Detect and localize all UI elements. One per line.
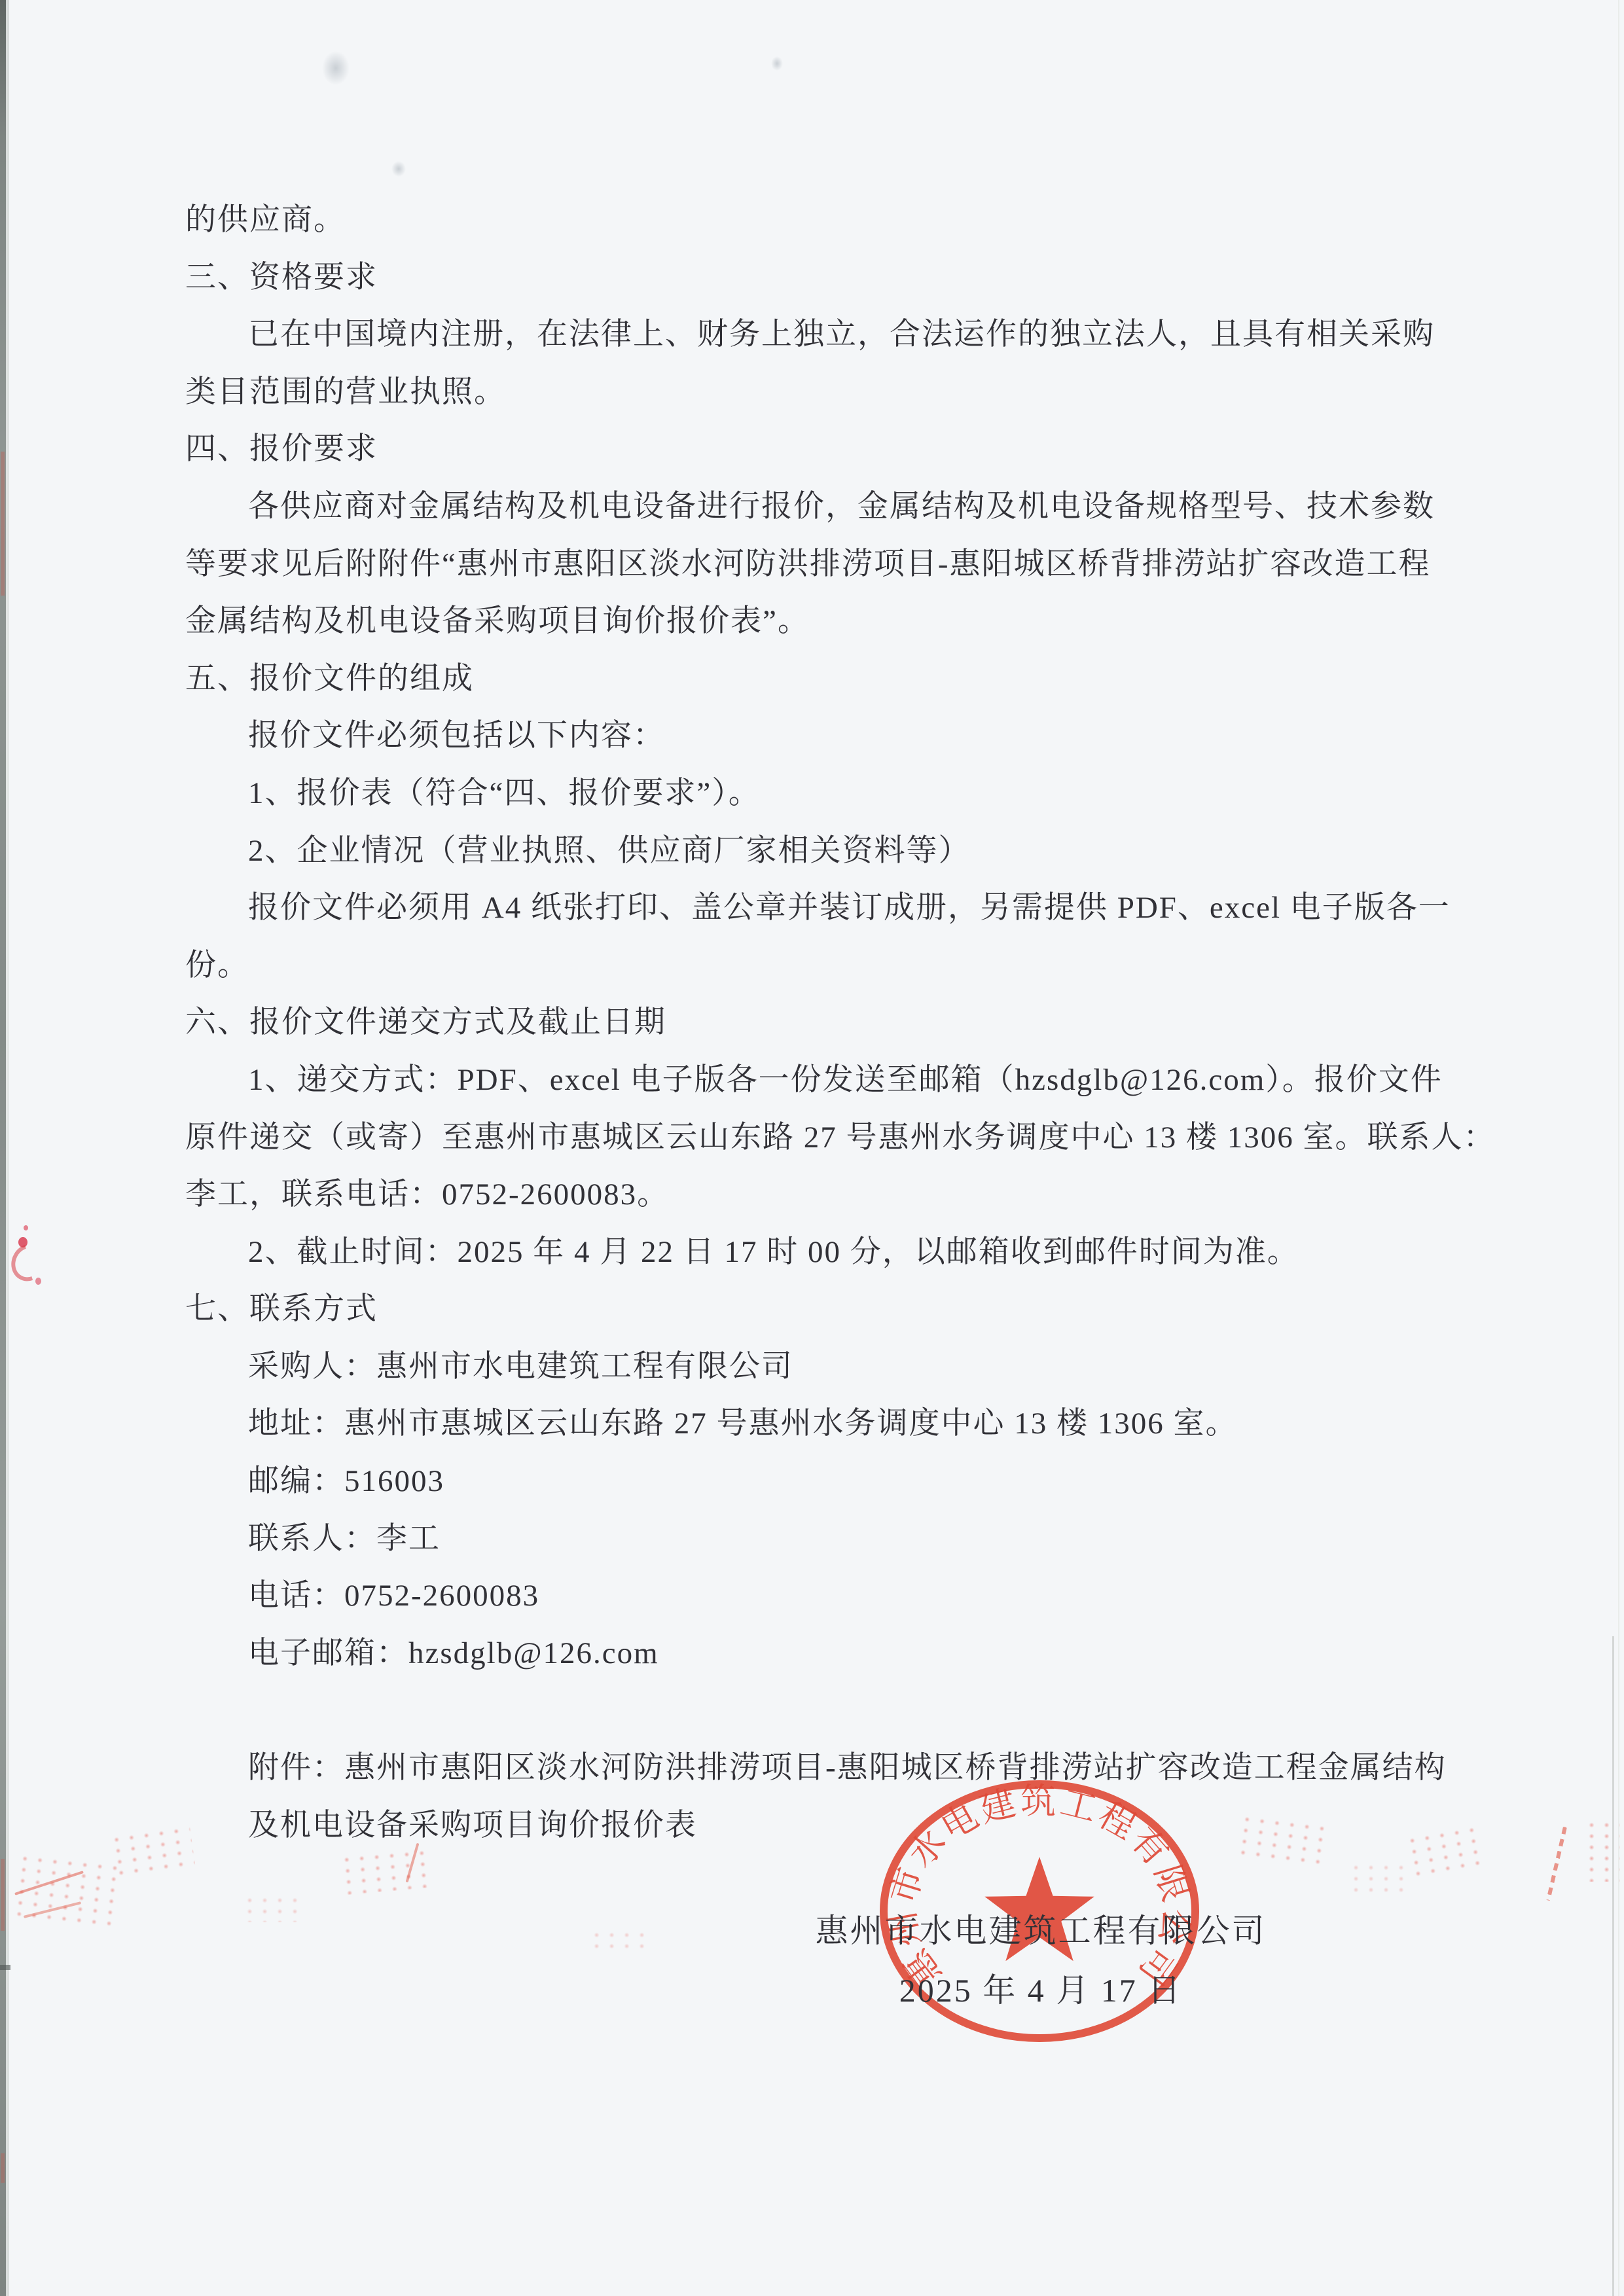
document-lines: 的供应商。三、资格要求已在中国境内注册，在法律上、财务上独立，合法运作的独立法人… [185, 192, 1449, 1854]
red-ink-dot [24, 1225, 28, 1230]
red-ink-dot [18, 1237, 27, 1247]
text-line: 的供应商。 [185, 192, 1449, 249]
text-line: 2、企业情况（营业执照、供应商厂家相关资料等） [185, 823, 1449, 880]
text-line: 各供应商对金属结构及机电设备进行报价，金属结构及机电设备规格型号、技术参数 [185, 478, 1449, 536]
text-line: 联系人：李工 [185, 1511, 1449, 1568]
ink-stroke [1546, 1827, 1567, 1901]
red-ink-dot [35, 1278, 41, 1285]
ink-speckles [109, 1824, 196, 1882]
text-line: 已在中国境内注册，在法律上、财务上独立，合法运作的独立法人，且具有相关采购 [185, 306, 1449, 364]
text-line: 五、报价文件的组成 [185, 651, 1449, 708]
text-line: 及机电设备采购项目询价报价表 [185, 1797, 1449, 1855]
ink-speckles [1348, 1862, 1411, 1893]
text-line: 金属结构及机电设备采购项目询价报价表”。 [185, 593, 1449, 651]
scan-edge-left [0, 0, 6, 2296]
text-line: 邮编：516003 [185, 1453, 1449, 1511]
text-line: 三、资格要求 [185, 249, 1449, 307]
text-line: 电子邮箱：hzsdglb@126.com [185, 1625, 1449, 1683]
signature-company: 惠州市水电建筑工程有限公司 [753, 1901, 1329, 1961]
text-line: 1、递交方式：PDF、excel 电子版各一份发送至邮箱（hzsdglb@126… [185, 1052, 1449, 1109]
scan-edge-right [1612, 1636, 1614, 2296]
ink-speckles [1584, 1820, 1620, 1882]
text-line: 电话：0752-2600083 [185, 1568, 1449, 1625]
scan-smudge [771, 56, 783, 71]
text-line: 六、报价文件递交方式及截止日期 [185, 994, 1449, 1052]
document-page: 的供应商。三、资格要求已在中国境内注册，在法律上、财务上独立，合法运作的独立法人… [0, 0, 1624, 2296]
ink-speckles [242, 1895, 304, 1922]
scan-smudge [322, 51, 350, 85]
text-line: 李工，联系电话：0752-2600083。 [185, 1166, 1449, 1224]
text-line: 1、报价表（符合“四、报价要求”）。 [185, 765, 1449, 823]
scan-edge-right-faint [1618, 0, 1619, 2296]
ink-speckles [589, 1929, 651, 1950]
text-line: 原件递交（或寄）至惠州市惠城区云山东路 27 号惠州水务调度中心 13 楼 13… [185, 1109, 1449, 1167]
text-line: 类目范围的营业执照。 [185, 364, 1449, 422]
ink-speckles [339, 1847, 431, 1895]
text-line: 报价文件必须用 A4 纸张打印、盖公章并装订成册，另需提供 PDF、excel … [185, 880, 1449, 937]
text-line: 2、截止时间：2025 年 4 月 22 日 17 时 00 分，以邮箱收到邮件… [185, 1224, 1449, 1282]
ink-stroke [24, 1901, 81, 1918]
text-line: 等要求见后附附件“惠州市惠阳区淡水河防洪排涝项目-惠阳城区桥背排涝站扩容改造工程 [185, 536, 1449, 594]
text-line [185, 1682, 1449, 1740]
scan-edge-left-highlight [6, 0, 9, 2296]
text-line: 报价文件必须包括以下内容： [185, 708, 1449, 765]
scan-edge-red-tint [1, 2153, 5, 2183]
text-line: 采购人：惠州市水电建筑工程有限公司 [185, 1338, 1449, 1396]
scan-edge-red-tint [1, 1859, 5, 1931]
text-line: 附件：惠州市惠阳区淡水河防洪排涝项目-惠阳城区桥背排涝站扩容改造工程金属结构 [185, 1740, 1449, 1797]
scan-edge-red-tint [1, 452, 5, 596]
text-line: 份。 [185, 937, 1449, 995]
ink-speckles [11, 1852, 119, 1928]
text-line: 七、联系方式 [185, 1281, 1449, 1338]
text-line: 四、报价要求 [185, 421, 1449, 478]
scan-smudge [391, 161, 406, 177]
signature-block: 惠州市水电建筑工程有限公司 2025 年 4 月 17 日 [753, 1901, 1329, 2020]
signature-date: 2025 年 4 月 17 日 [753, 1961, 1329, 2020]
text-line: 地址：惠州市惠城区云山东路 27 号惠州水务调度中心 13 楼 1306 室。 [185, 1395, 1449, 1453]
ink-stroke [14, 1871, 84, 1895]
scan-edge-tick [0, 1965, 10, 1970]
red-ink-curl [5, 1238, 52, 1287]
